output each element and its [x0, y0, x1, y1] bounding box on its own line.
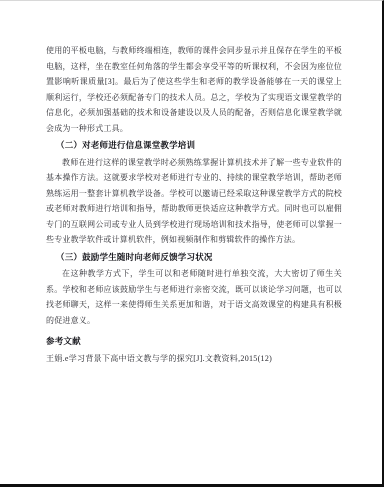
paragraph-section-2: 教师在进行这样的课堂教学时必须熟练掌握计算机技术并了解一些专业软件的基本操作方法…: [46, 155, 342, 248]
scanned-document: { "colors": { "page_bg": "#ffffff", "bod…: [0, 0, 384, 487]
reference-entry: 王娟.e学习背景下高中语文教与学的探究[J].文教资料,2015(12): [46, 351, 342, 367]
section-heading-3: （三）鼓励学生随时向老师反馈学习状况: [46, 250, 342, 266]
document-page: 使用的平板电脑，与教师终端相连，教师的课件会同步显示并且保存在学生的平板电脑，这…: [0, 1, 382, 484]
references-heading: 参考文献: [46, 334, 342, 350]
section-heading-2: （二）对老师进行信息课堂教学培训: [46, 138, 342, 154]
paragraph-section-3: 在这种教学方式下，学生可以和老师随时进行单独交流，大大密切了师生关系。学校和老师…: [46, 266, 342, 328]
paragraph-continuation: 使用的平板电脑，与教师终端相连，教师的课件会同步显示并且保存在学生的平板电脑，这…: [46, 43, 342, 136]
